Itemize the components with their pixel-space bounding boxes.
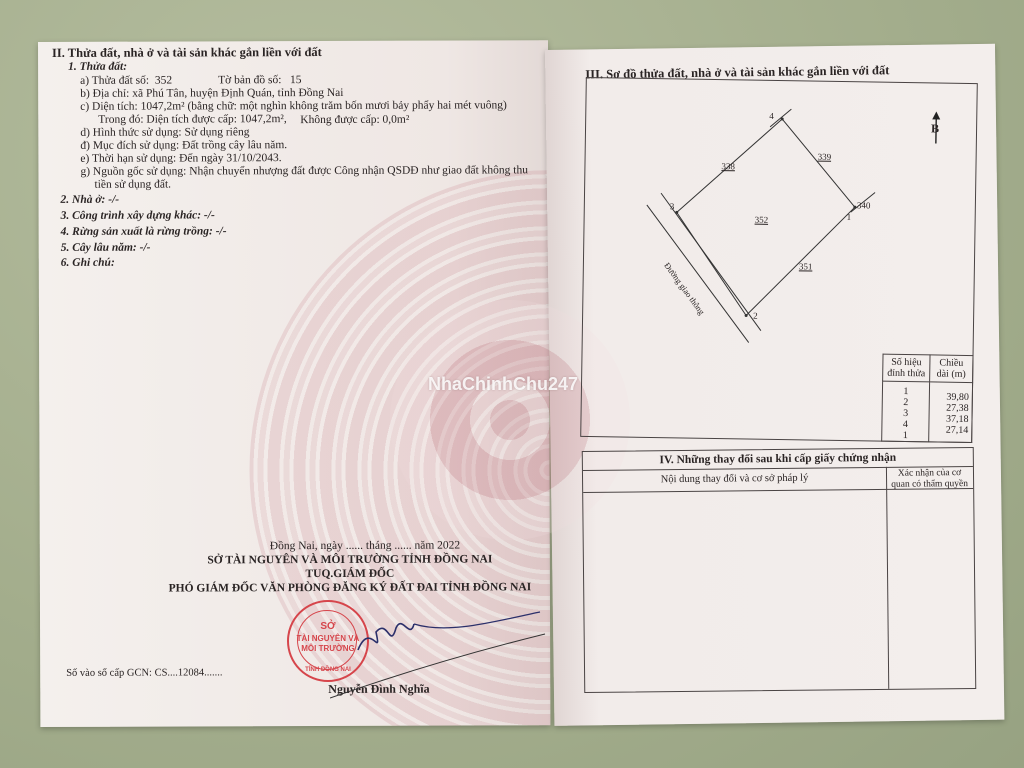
header-authority-confirmation: Xác nhận của cơ quan có thẩm quyền [886,468,973,491]
usage-origin: g) Nguồn gốc sử dụng: Nhận chuyển nhượng… [80,163,528,179]
parcel-diagram: B 4 3 1 2 338 339 340 351 352 Đường giao… [580,77,978,443]
neighbor-351: 351 [799,259,813,273]
header-line-2: quan có thẩm quyền [886,479,973,491]
handwritten-signature [330,610,550,700]
vertex-1: 1 [847,210,852,224]
item-planted-forest: 4. Rừng sản xuất là rừng trồng: -/- [61,224,227,239]
north-arrow-icon: B [931,121,939,135]
vertex-cell: 1 [885,430,925,442]
header-length: Chiều dài (m) [930,355,973,383]
length-cell: 27,38 [933,402,969,414]
edge-length-table: Số hiệu đỉnh thửa Chiều dài (m) 1 2 3 4 … [881,354,973,443]
vertex-3: 3 [670,199,675,213]
parcel-heading: 1. Thửa đất: [68,60,127,74]
item-other-construction: 3. Công trình xây dựng khác: -/- [61,208,215,223]
vertex-2: 2 [753,309,758,323]
vertex-column: 1 2 3 4 1 [882,381,930,442]
item-perennial-trees: 5. Cây lâu năm: -/- [61,241,151,255]
header-line-1: Xác nhận của cơ [886,468,973,480]
parcel-number-label: 352 [755,213,769,227]
header-change-content: Nội dung thay đổi và cơ sở pháp lý [583,471,886,488]
place-date: Đồng Nai, ngày ...... tháng ...... năm 2… [270,539,460,554]
header-vertex: Số hiệu đỉnh thửa [883,354,930,382]
map-sheet-label: Tờ bản đồ số: [218,74,281,86]
item-house: 2. Nhà ở: -/- [61,193,120,207]
neighbor-340: 340 [857,198,871,212]
issuing-agency: SỞ TÀI NGUYÊN VÀ MÔI TRƯỜNG TỈNH ĐỒNG NA… [140,552,551,567]
length-cell: 39,80 [933,391,969,403]
vertex-cell: 2 [886,397,926,409]
length-column: 39,80 27,38 37,18 27,14 [929,382,973,443]
usage-origin-cont: tiền sử dụng đất. [94,178,171,192]
on-behalf-of: TUQ.GIÁM ĐỐC [140,566,551,581]
item-notes: 6. Ghi chú: [61,256,115,270]
vertex-cell: 3 [886,408,926,420]
changes-table: IV. Những thay đổi sau khi cấp giấy chứn… [582,447,977,693]
area-line: c) Diện tích: 1047,2m² (bằng chữ: một ng… [80,98,507,113]
register-number: Số vào sổ cấp GCN: CS....12084....... [66,666,222,681]
length-cell: 37,18 [932,413,968,425]
site-watermark: NhaChinhChu247 [428,374,578,395]
parcel-number-label: a) Thửa đất số: [80,75,149,87]
length-cell: 27,14 [932,424,968,436]
neighbor-339: 339 [818,150,832,164]
vertex-4: 4 [769,109,774,123]
column-divider [886,467,889,689]
vertex-cell: 4 [885,419,925,431]
signer-title: PHÓ GIÁM ĐỐC VĂN PHÒNG ĐĂNG KÝ ĐẤT ĐAI T… [140,580,551,595]
parcel-number-value: 352 [155,75,172,87]
vertex-cell: 1 [886,386,926,398]
area-not-granted: Không được cấp: 0,0m² [300,113,409,127]
map-sheet-value: 15 [290,74,302,86]
neighbor-338: 338 [721,159,735,173]
section-ii-title: II. Thửa đất, nhà ở và tài sản khác gắn … [52,45,322,60]
